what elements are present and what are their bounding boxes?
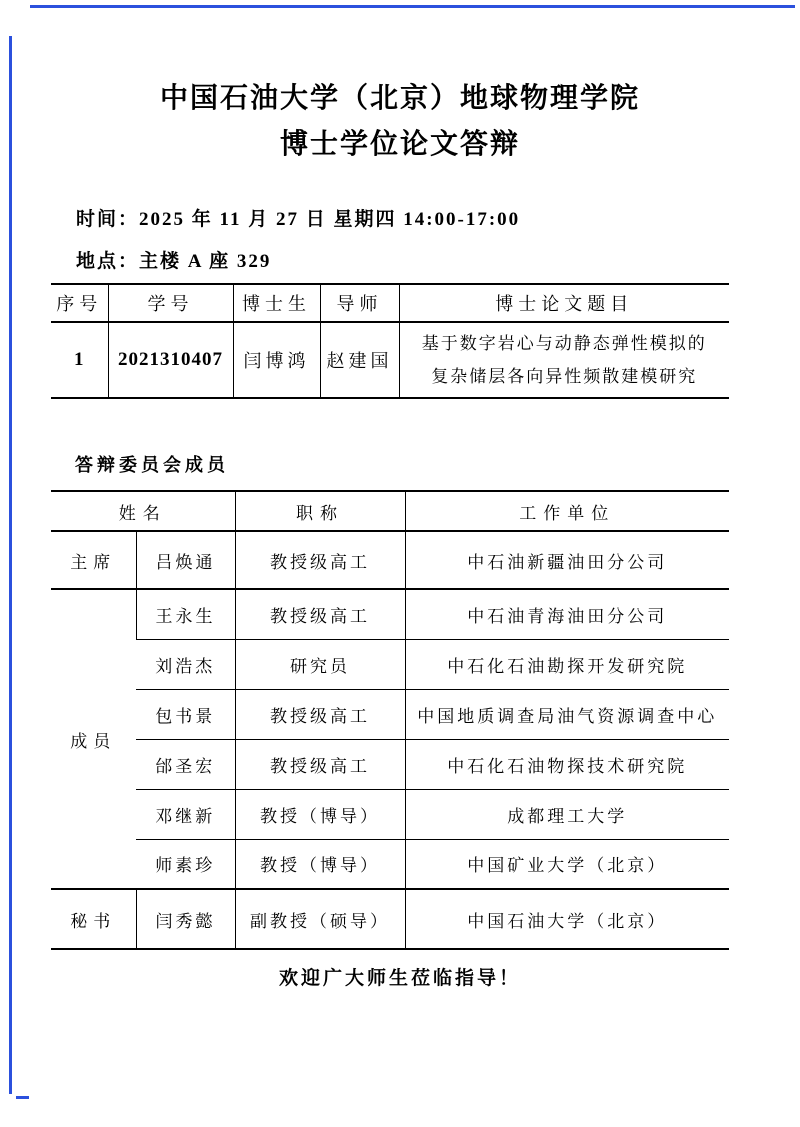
member-name: 刘浩杰 bbox=[136, 639, 235, 689]
committee-section-title: 答辩委员会成员 bbox=[75, 451, 229, 477]
member-affiliation: 中国地质调查局油气资源调查中心 bbox=[405, 689, 729, 739]
chairman-row: 主席 吕焕通 教授级高工 中石油新疆油田分公司 bbox=[51, 531, 729, 589]
member-affiliation: 中石化石油物探技术研究院 bbox=[405, 739, 729, 789]
member-row: 师素珍 教授（博导） 中国矿业大学（北京） bbox=[51, 839, 729, 889]
cell-thesis-title: 基于数字岩心与动静态弹性模拟的 复杂储层各向异性频散建模研究 bbox=[399, 322, 729, 398]
member-row: 刘浩杰 研究员 中石化石油勘探开发研究院 bbox=[51, 639, 729, 689]
location-line: 地点：主楼 A 座 329 bbox=[76, 246, 271, 273]
member-title: 教授级高工 bbox=[235, 689, 405, 739]
time-line: 时间：2025 年 11 月 27 日 星期四 14:00-17:00 bbox=[76, 204, 520, 231]
col-student: 博士生 bbox=[233, 284, 320, 322]
defense-table-row: 1 2021310407 闫博鸿 赵建国 基于数字岩心与动静态弹性模拟的 复杂储… bbox=[51, 322, 729, 398]
defense-table-header-row: 序号 学号 博士生 导师 博士论文题目 bbox=[51, 284, 729, 322]
member-affiliation: 中国矿业大学（北京） bbox=[405, 839, 729, 889]
defense-table: 序号 学号 博士生 导师 博士论文题目 1 2021310407 闫博鸿 赵建国… bbox=[51, 283, 729, 399]
secretary-title: 副教授（硕导） bbox=[235, 889, 405, 949]
secretary-row: 秘书 闫秀懿 副教授（硕导） 中国石油大学（北京） bbox=[51, 889, 729, 949]
member-title: 研究员 bbox=[235, 639, 405, 689]
cell-advisor: 赵建国 bbox=[320, 322, 399, 398]
col-student-id: 学号 bbox=[108, 284, 233, 322]
cell-student-id: 2021310407 bbox=[108, 322, 233, 398]
col-name: 姓名 bbox=[51, 491, 235, 531]
secretary-affiliation: 中国石油大学（北京） bbox=[405, 889, 729, 949]
cell-index: 1 bbox=[51, 322, 108, 398]
member-affiliation: 中石化石油勘探开发研究院 bbox=[405, 639, 729, 689]
thesis-title-line1: 基于数字岩心与动静态弹性模拟的 bbox=[400, 327, 730, 360]
page-border-bottom-left bbox=[16, 1096, 29, 1099]
chairman-label: 主席 bbox=[51, 531, 136, 589]
member-name: 邰圣宏 bbox=[136, 739, 235, 789]
col-index: 序号 bbox=[51, 284, 108, 322]
welcome-text: 欢迎广大师生莅临指导！ bbox=[0, 963, 800, 990]
chairman-title: 教授级高工 bbox=[235, 531, 405, 589]
committee-table: 姓名 职称 工作单位 主席 吕焕通 教授级高工 中石油新疆油田分公司 成员 王永… bbox=[51, 490, 729, 950]
member-affiliation: 成都理工大学 bbox=[405, 789, 729, 839]
secretary-name: 闫秀懿 bbox=[136, 889, 235, 949]
member-name: 师素珍 bbox=[136, 839, 235, 889]
col-affiliation: 工作单位 bbox=[405, 491, 729, 531]
page-title-line2: 博士学位论文答辩 bbox=[0, 122, 800, 162]
member-title: 教授级高工 bbox=[235, 589, 405, 639]
cell-student: 闫博鸿 bbox=[233, 322, 320, 398]
document-page: 中国石油大学（北京）地球物理学院 博士学位论文答辩 时间：2025 年 11 月… bbox=[0, 0, 800, 1127]
page-title-line1: 中国石油大学（北京）地球物理学院 bbox=[0, 76, 800, 116]
member-name: 包书景 bbox=[136, 689, 235, 739]
col-thesis-title: 博士论文题目 bbox=[399, 284, 729, 322]
chairman-name: 吕焕通 bbox=[136, 531, 235, 589]
member-name: 邓继新 bbox=[136, 789, 235, 839]
member-row: 邰圣宏 教授级高工 中石化石油物探技术研究院 bbox=[51, 739, 729, 789]
chairman-affiliation: 中石油新疆油田分公司 bbox=[405, 531, 729, 589]
member-row: 成员 王永生 教授级高工 中石油青海油田分公司 bbox=[51, 589, 729, 639]
committee-header-row: 姓名 职称 工作单位 bbox=[51, 491, 729, 531]
member-affiliation: 中石油青海油田分公司 bbox=[405, 589, 729, 639]
member-title: 教授（博导） bbox=[235, 839, 405, 889]
secretary-label: 秘书 bbox=[51, 889, 136, 949]
member-title: 教授级高工 bbox=[235, 739, 405, 789]
member-title: 教授（博导） bbox=[235, 789, 405, 839]
thesis-title-line2: 复杂储层各向异性频散建模研究 bbox=[400, 360, 730, 393]
col-title: 职称 bbox=[235, 491, 405, 531]
page-border-left bbox=[9, 36, 12, 1094]
member-name: 王永生 bbox=[136, 589, 235, 639]
page-border-top bbox=[30, 5, 795, 8]
member-row: 邓继新 教授（博导） 成都理工大学 bbox=[51, 789, 729, 839]
col-advisor: 导师 bbox=[320, 284, 399, 322]
member-row: 包书景 教授级高工 中国地质调查局油气资源调查中心 bbox=[51, 689, 729, 739]
member-label: 成员 bbox=[51, 589, 136, 889]
